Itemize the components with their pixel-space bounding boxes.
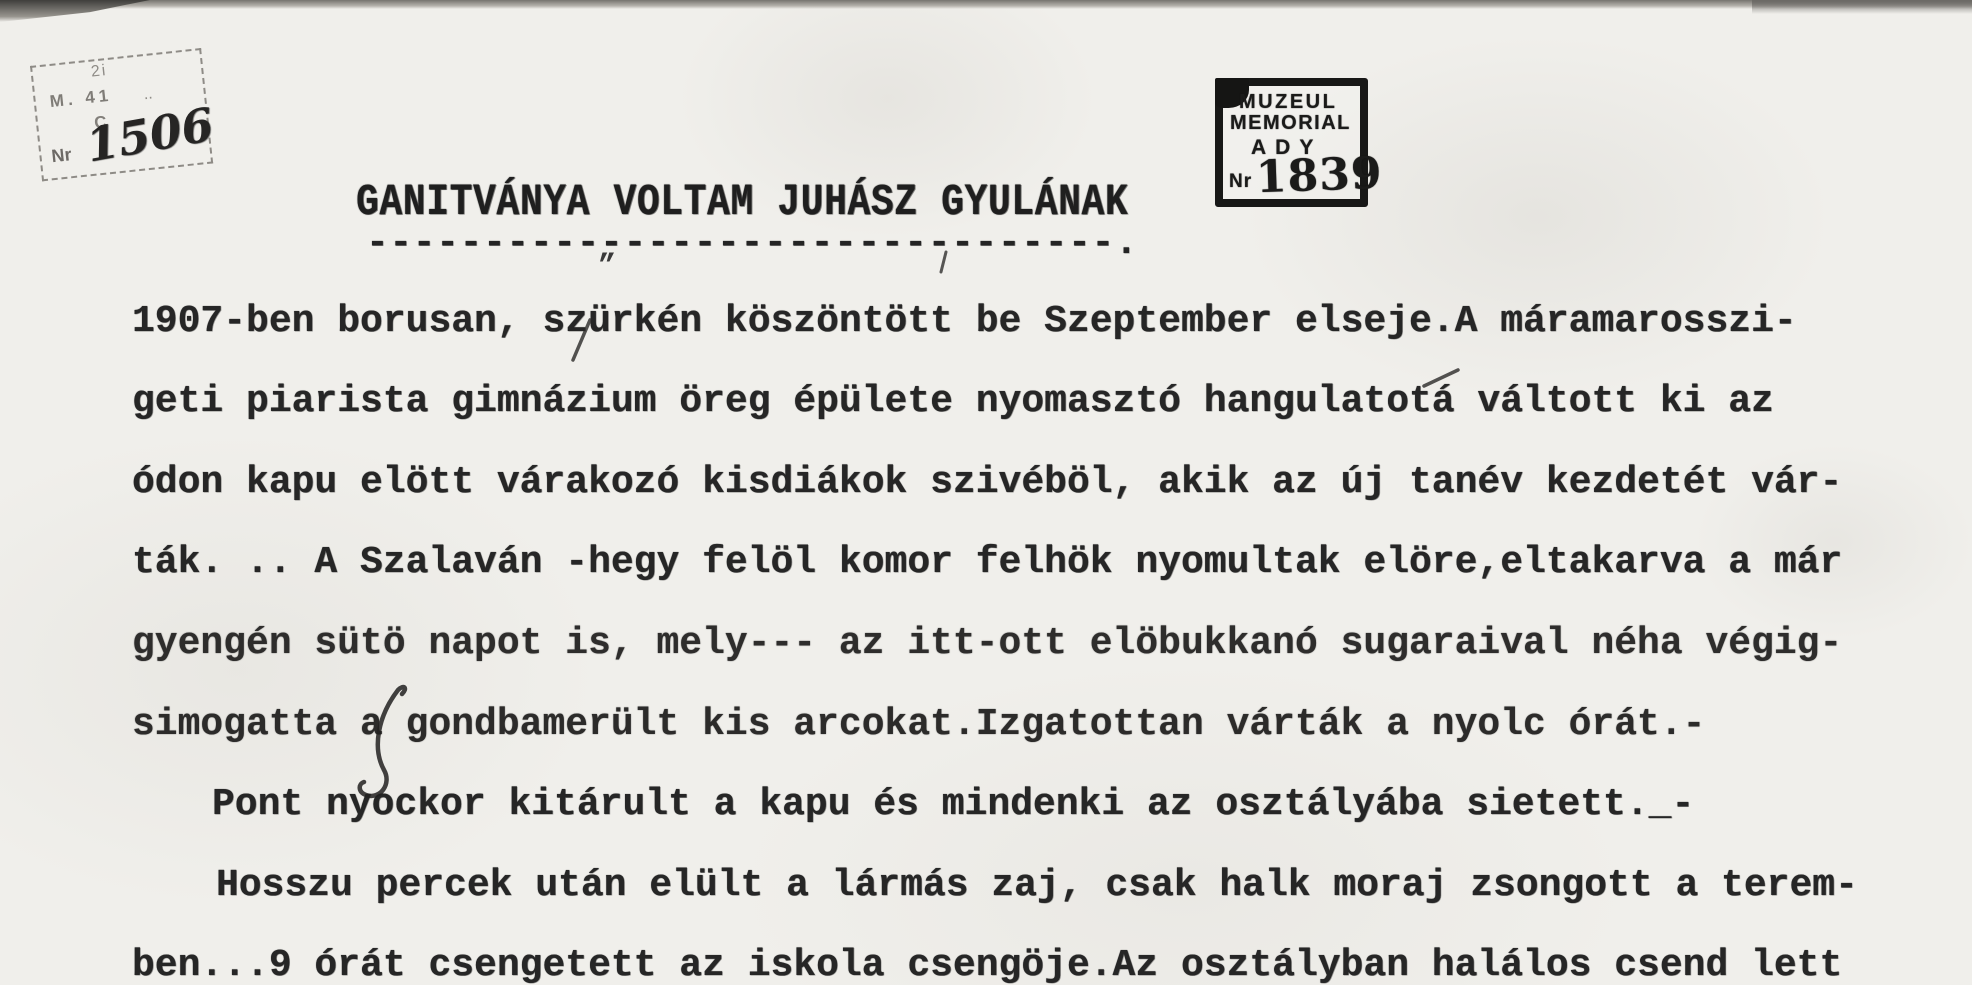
stamp-left-nr-label: Nr [51, 144, 73, 167]
body-line-9: ben...9 órát csengetett az iskola csengö… [132, 947, 1842, 985]
stamp-right-line2: MEMORIAL [1230, 112, 1351, 135]
stamp-right-nr-label: Nr [1229, 171, 1252, 193]
stamp-left-handwritten-number: 1506 [82, 97, 217, 172]
archive-stamp-left: 2i M. 41 .. C Nr 1506 [30, 48, 213, 181]
typed-comma-artifact: „ [598, 232, 616, 266]
body-line-4: ták. .. A Szalaván -hegy felöl komor fel… [132, 544, 1842, 582]
scanned-typescript-page: 2i M. 41 .. C Nr 1506 MUZEUL MEMORIAL AD… [0, 0, 1972, 985]
body-line-6: simogatta a gondbamerült kis arcokat.Izg… [132, 706, 1705, 744]
museum-memorial-ady-stamp: MUZEUL MEMORIAL ADY Nr 1839 [1215, 78, 1368, 207]
stamp-left-dots: .. [143, 85, 154, 104]
body-line-8: Hosszu percek után elült a lármás zaj, c… [216, 867, 1858, 905]
body-line-3: ódon kapu elött várakozó kisdiákok szivé… [132, 464, 1842, 502]
document-title: GANITVÁNYA VOLTAM JUHÁSZ GYULÁNAK [356, 181, 1128, 226]
scan-edge-top [0, 0, 1972, 9]
stamp-left-row1: 2i [90, 62, 108, 82]
body-line-7: Pont nyockor kitárult a kapu és mindenki… [212, 786, 1694, 824]
stamp-left-row2: M. 41 [49, 86, 113, 112]
scan-corner-right-shadow [1752, 0, 1972, 14]
body-line-5: gyengén sütö napot is, mely--- az itt-ot… [132, 625, 1842, 663]
body-line-2: geti piarista gimnázium öreg épülete nyo… [132, 383, 1774, 421]
stamp-right-number: 1839 [1255, 148, 1383, 203]
title-underline: --------------------------------. [366, 225, 1138, 263]
stamp-right-line1: MUZEUL [1239, 91, 1337, 114]
body-line-1: 1907-ben borusan, szürkén köszöntött be … [132, 303, 1797, 341]
scan-corner-left-shadow [0, 0, 150, 22]
